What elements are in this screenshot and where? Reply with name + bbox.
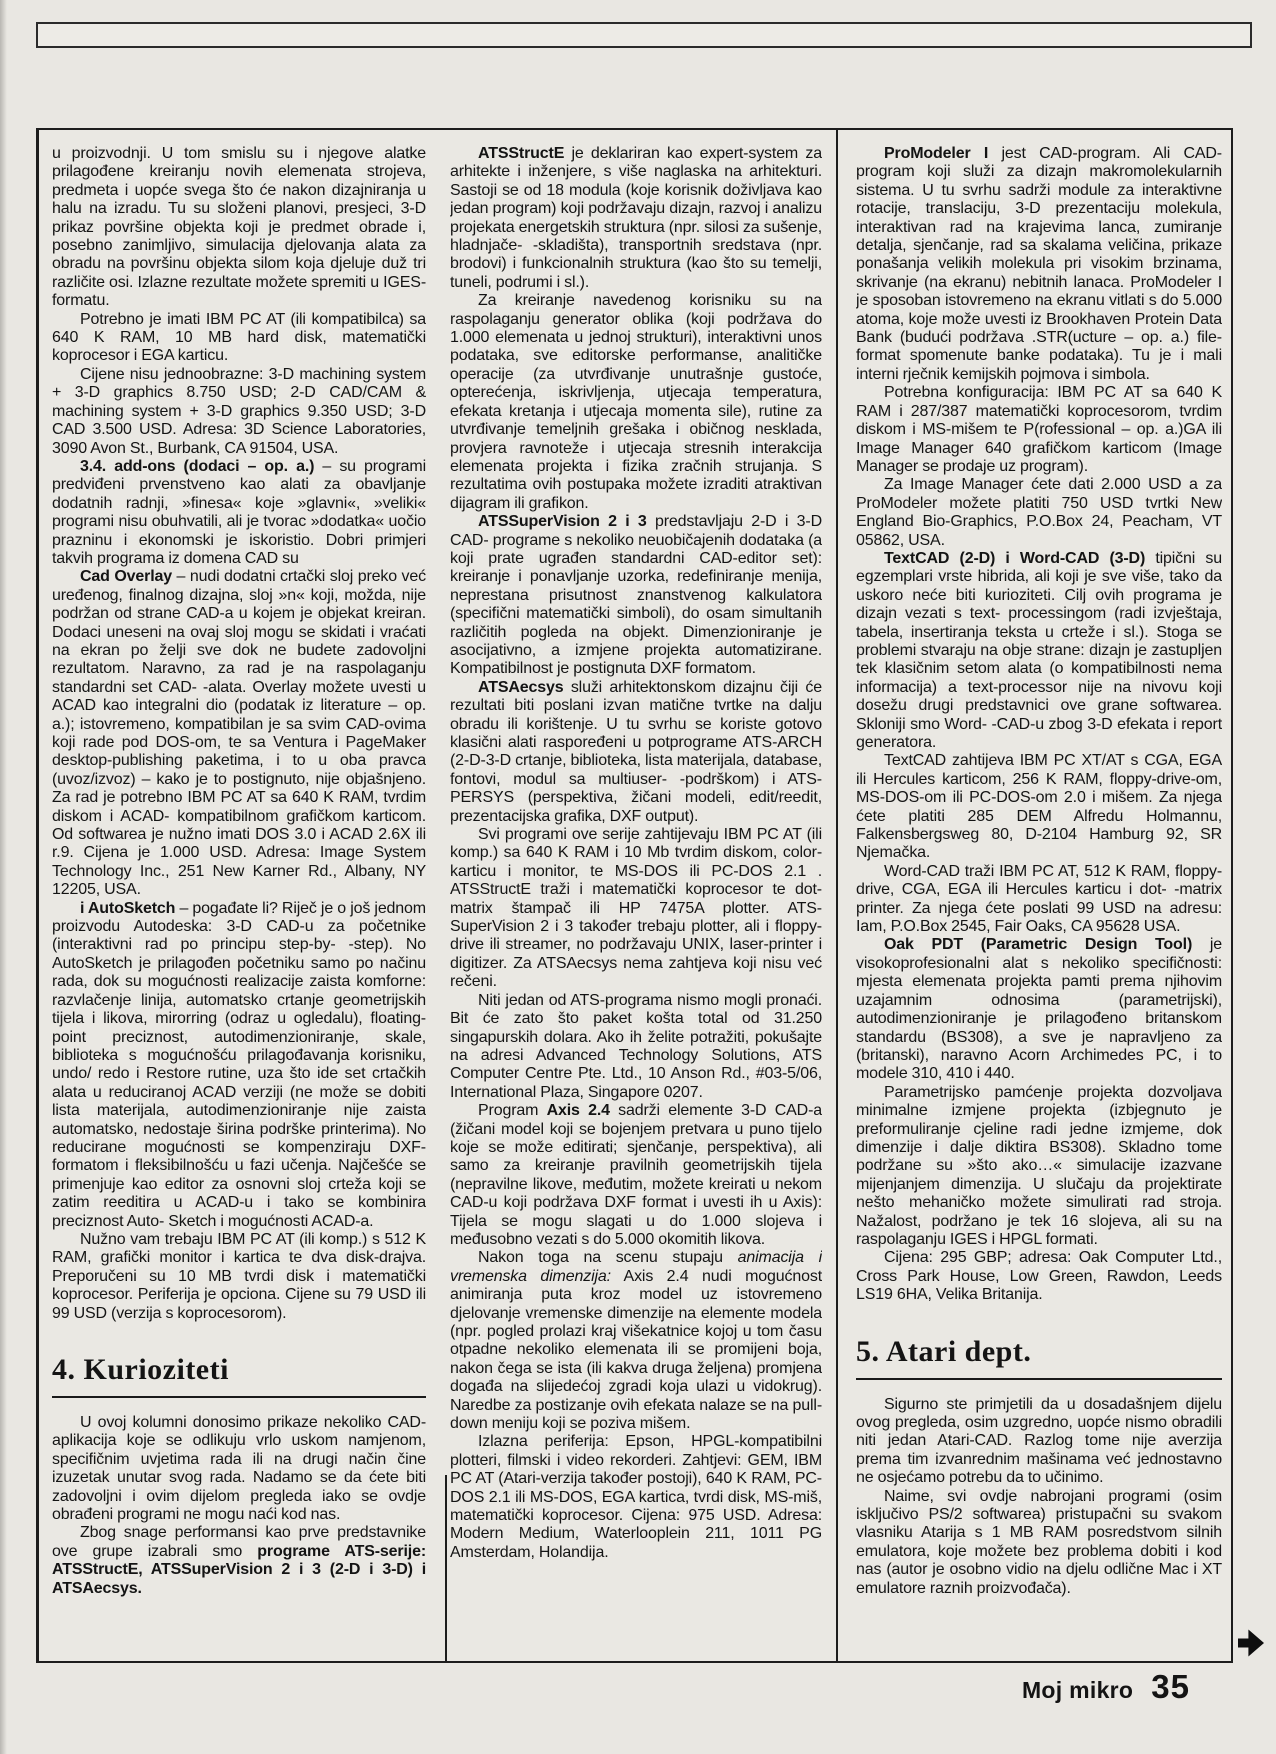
body-text: služi arhitektonskom dizajnu čiji će rez… — [450, 679, 822, 825]
bold-text: TextCAD (2-D) i Word-CAD (3-D) — [884, 550, 1145, 567]
body-text: je deklariran kao expert-system za arhit… — [450, 145, 822, 291]
article-content-box: u proizvodnji. U tom smislu su i njegove… — [36, 128, 1233, 1663]
magazine-page: { "page": { "magazine_name": "Moj mikro"… — [0, 0, 1276, 1754]
body-text: tipični su egzemplari vrste hibrida, ali… — [856, 550, 1222, 751]
heading-rule — [856, 1378, 1222, 1380]
paragraph: Word-CAD traži IBM PC AT, 512 K RAM, flo… — [856, 863, 1222, 937]
paragraph: ATSAecsys služi arhitektonskom dizajnu č… — [450, 679, 822, 826]
column-divider-2-3 — [836, 130, 838, 1661]
body-text: Naime, svi ovdje nabrojani programi (osi… — [856, 1488, 1222, 1597]
body-text: Za kreiranje navedenog korisniku su na r… — [450, 292, 822, 511]
bold-text: Cad Overlay — [80, 568, 172, 585]
body-text: Nužno vam trebaju IBM PC AT (ili komp.) … — [52, 1231, 426, 1322]
body-text: TextCAD zahtijeva IBM PC XT/AT s CGA, EG… — [856, 752, 1222, 861]
paragraph: ATSSuperVision 2 i 3 predstavljaju 2-D i… — [450, 513, 822, 679]
body-text: Za Image Manager ćete dati 2.000 USD a z… — [856, 476, 1222, 548]
paragraph: TextCAD (2-D) i Word-CAD (3-D) tipični s… — [856, 550, 1222, 752]
paragraph: Svi programi ove serije zahtijevaju IBM … — [450, 826, 822, 992]
page-footer: Moj mikro35 — [36, 1668, 1190, 1706]
paragraph: TextCAD zahtijeva IBM PC XT/AT s CGA, EG… — [856, 752, 1222, 862]
bold-text: ATSAecsys — [478, 679, 564, 696]
body-text: – pogađate li? Riječ je o još jednom pro… — [52, 900, 426, 1230]
page-number: 35 — [1151, 1668, 1190, 1705]
body-text: Niti jedan od ATS-programa nismo mogli p… — [450, 992, 822, 1101]
header-box — [36, 22, 1252, 48]
bold-text: ProModeler I — [884, 145, 988, 162]
bold-text: i AutoSketch — [80, 900, 175, 917]
paragraph: Cijena: 295 GBP; adresa: Oak Computer Lt… — [856, 1249, 1222, 1304]
paragraph: Program Axis 2.4 sadrži elemente 3-D CAD… — [450, 1102, 822, 1249]
text-column-3: ProModeler I jest CAD-program. Ali CAD-p… — [856, 145, 1222, 1650]
body-text: jest CAD-program. Ali CAD-program koji s… — [856, 145, 1222, 383]
bold-text: ATSStructE — [478, 145, 564, 162]
paragraph: Zbog snage performansi kao prve predstav… — [52, 1524, 426, 1598]
section-heading: 5. Atari dept. — [856, 1335, 1222, 1369]
body-text: U ovoj kolumni donosimo prikaze nekoliko… — [52, 1414, 426, 1523]
paragraph: u proizvodnji. U tom smislu su i njegove… — [52, 145, 426, 311]
heading-rule — [52, 1396, 426, 1398]
scan-edge-shadow — [0, 0, 7, 1754]
bold-text: Oak PDT (Parametric Design Tool) — [884, 936, 1192, 953]
paragraph: Cijene nisu jednoobrazne: 3-D machining … — [52, 366, 426, 458]
paragraph: Nužno vam trebaju IBM PC AT (ili komp.) … — [52, 1231, 426, 1323]
body-text: Potrebna konfiguracija: IBM PC AT sa 640… — [856, 384, 1222, 475]
paragraph: Cad Overlay – nudi dodatni crtački sloj … — [52, 568, 426, 899]
paragraph: Oak PDT (Parametric Design Tool) je viso… — [856, 936, 1222, 1083]
paragraph: Za kreiranje navedenog korisniku su na r… — [450, 292, 822, 513]
body-text: sadrži elemente 3-D CAD-a (žičani model … — [450, 1102, 822, 1248]
paragraph: ATSStructE je deklariran kao expert-syst… — [450, 145, 822, 292]
bold-text: 3.4. add-ons (dodaci – op. a.) — [80, 458, 314, 475]
body-text: predstavljaju 2-D i 3-D CAD- programe s … — [450, 513, 822, 677]
paragraph: Za Image Manager ćete dati 2.000 USD a z… — [856, 476, 1222, 550]
body-text: Cijena: 295 GBP; adresa: Oak Computer Lt… — [856, 1249, 1222, 1303]
paragraph: Nakon toga na scenu stupaju animacija i … — [450, 1249, 822, 1433]
paragraph: Parametrijsko pamćenje projekta dozvolja… — [856, 1084, 1222, 1250]
text-column-2: ATSStructE je deklariran kao expert-syst… — [450, 145, 822, 1650]
paragraph: Sigurno ste primjetili da u dosadašnjem … — [856, 1396, 1222, 1488]
body-text: je visokoprofesionalni alat s nekoliko s… — [856, 936, 1222, 1082]
paragraph: Potrebna konfiguracija: IBM PC AT sa 640… — [856, 384, 1222, 476]
body-text: Cijene nisu jednoobrazne: 3-D machining … — [52, 366, 426, 457]
body-text: Axis 2.4 nudi mogućnost animiranja puta … — [450, 1268, 822, 1432]
body-text: Potrebno je imati IBM PC AT (ili kompati… — [52, 311, 426, 365]
continuation-arrow-icon — [1238, 1627, 1264, 1659]
paragraph: Niti jedan od ATS-programa nismo mogli p… — [450, 992, 822, 1102]
paragraph: U ovoj kolumni donosimo prikaze nekoliko… — [52, 1414, 426, 1524]
body-text: Svi programi ove serije zahtijevaju IBM … — [450, 826, 822, 990]
paragraph: i AutoSketch – pogađate li? Riječ je o j… — [52, 900, 426, 1231]
bold-text: Axis 2.4 — [547, 1102, 610, 1119]
magazine-name: Moj mikro — [1022, 1677, 1133, 1703]
body-text: u proizvodnji. U tom smislu su i njegove… — [52, 145, 426, 309]
paragraph: 3.4. add-ons (dodaci – op. a.) – su prog… — [52, 458, 426, 568]
body-text: Parametrijsko pamćenje projekta dozvolja… — [856, 1084, 1222, 1248]
body-text: Nakon toga na scenu stupaju — [478, 1249, 738, 1266]
section-heading: 4. Kurioziteti — [52, 1353, 426, 1387]
paragraph: ProModeler I jest CAD-program. Ali CAD-p… — [856, 145, 1222, 384]
column-divider-1-2 — [445, 1475, 447, 1661]
paragraph: Naime, svi ovdje nabrojani programi (osi… — [856, 1488, 1222, 1598]
body-text: – nudi dodatni crtački sloj preko već ur… — [52, 568, 426, 898]
text-column-1: u proizvodnji. U tom smislu su i njegove… — [52, 145, 426, 1650]
body-text: Word-CAD traži IBM PC AT, 512 K RAM, flo… — [856, 863, 1222, 935]
body-text: Izlazna periferija: Epson, HPGL-kompatib… — [450, 1433, 822, 1560]
body-text: Sigurno ste primjetili da u dosadašnjem … — [856, 1396, 1222, 1487]
paragraph: Potrebno je imati IBM PC AT (ili kompati… — [52, 311, 426, 366]
paragraph: Izlazna periferija: Epson, HPGL-kompatib… — [450, 1433, 822, 1562]
bold-text: ATSSuperVision 2 i 3 — [478, 513, 647, 530]
body-text: Program — [478, 1102, 547, 1119]
